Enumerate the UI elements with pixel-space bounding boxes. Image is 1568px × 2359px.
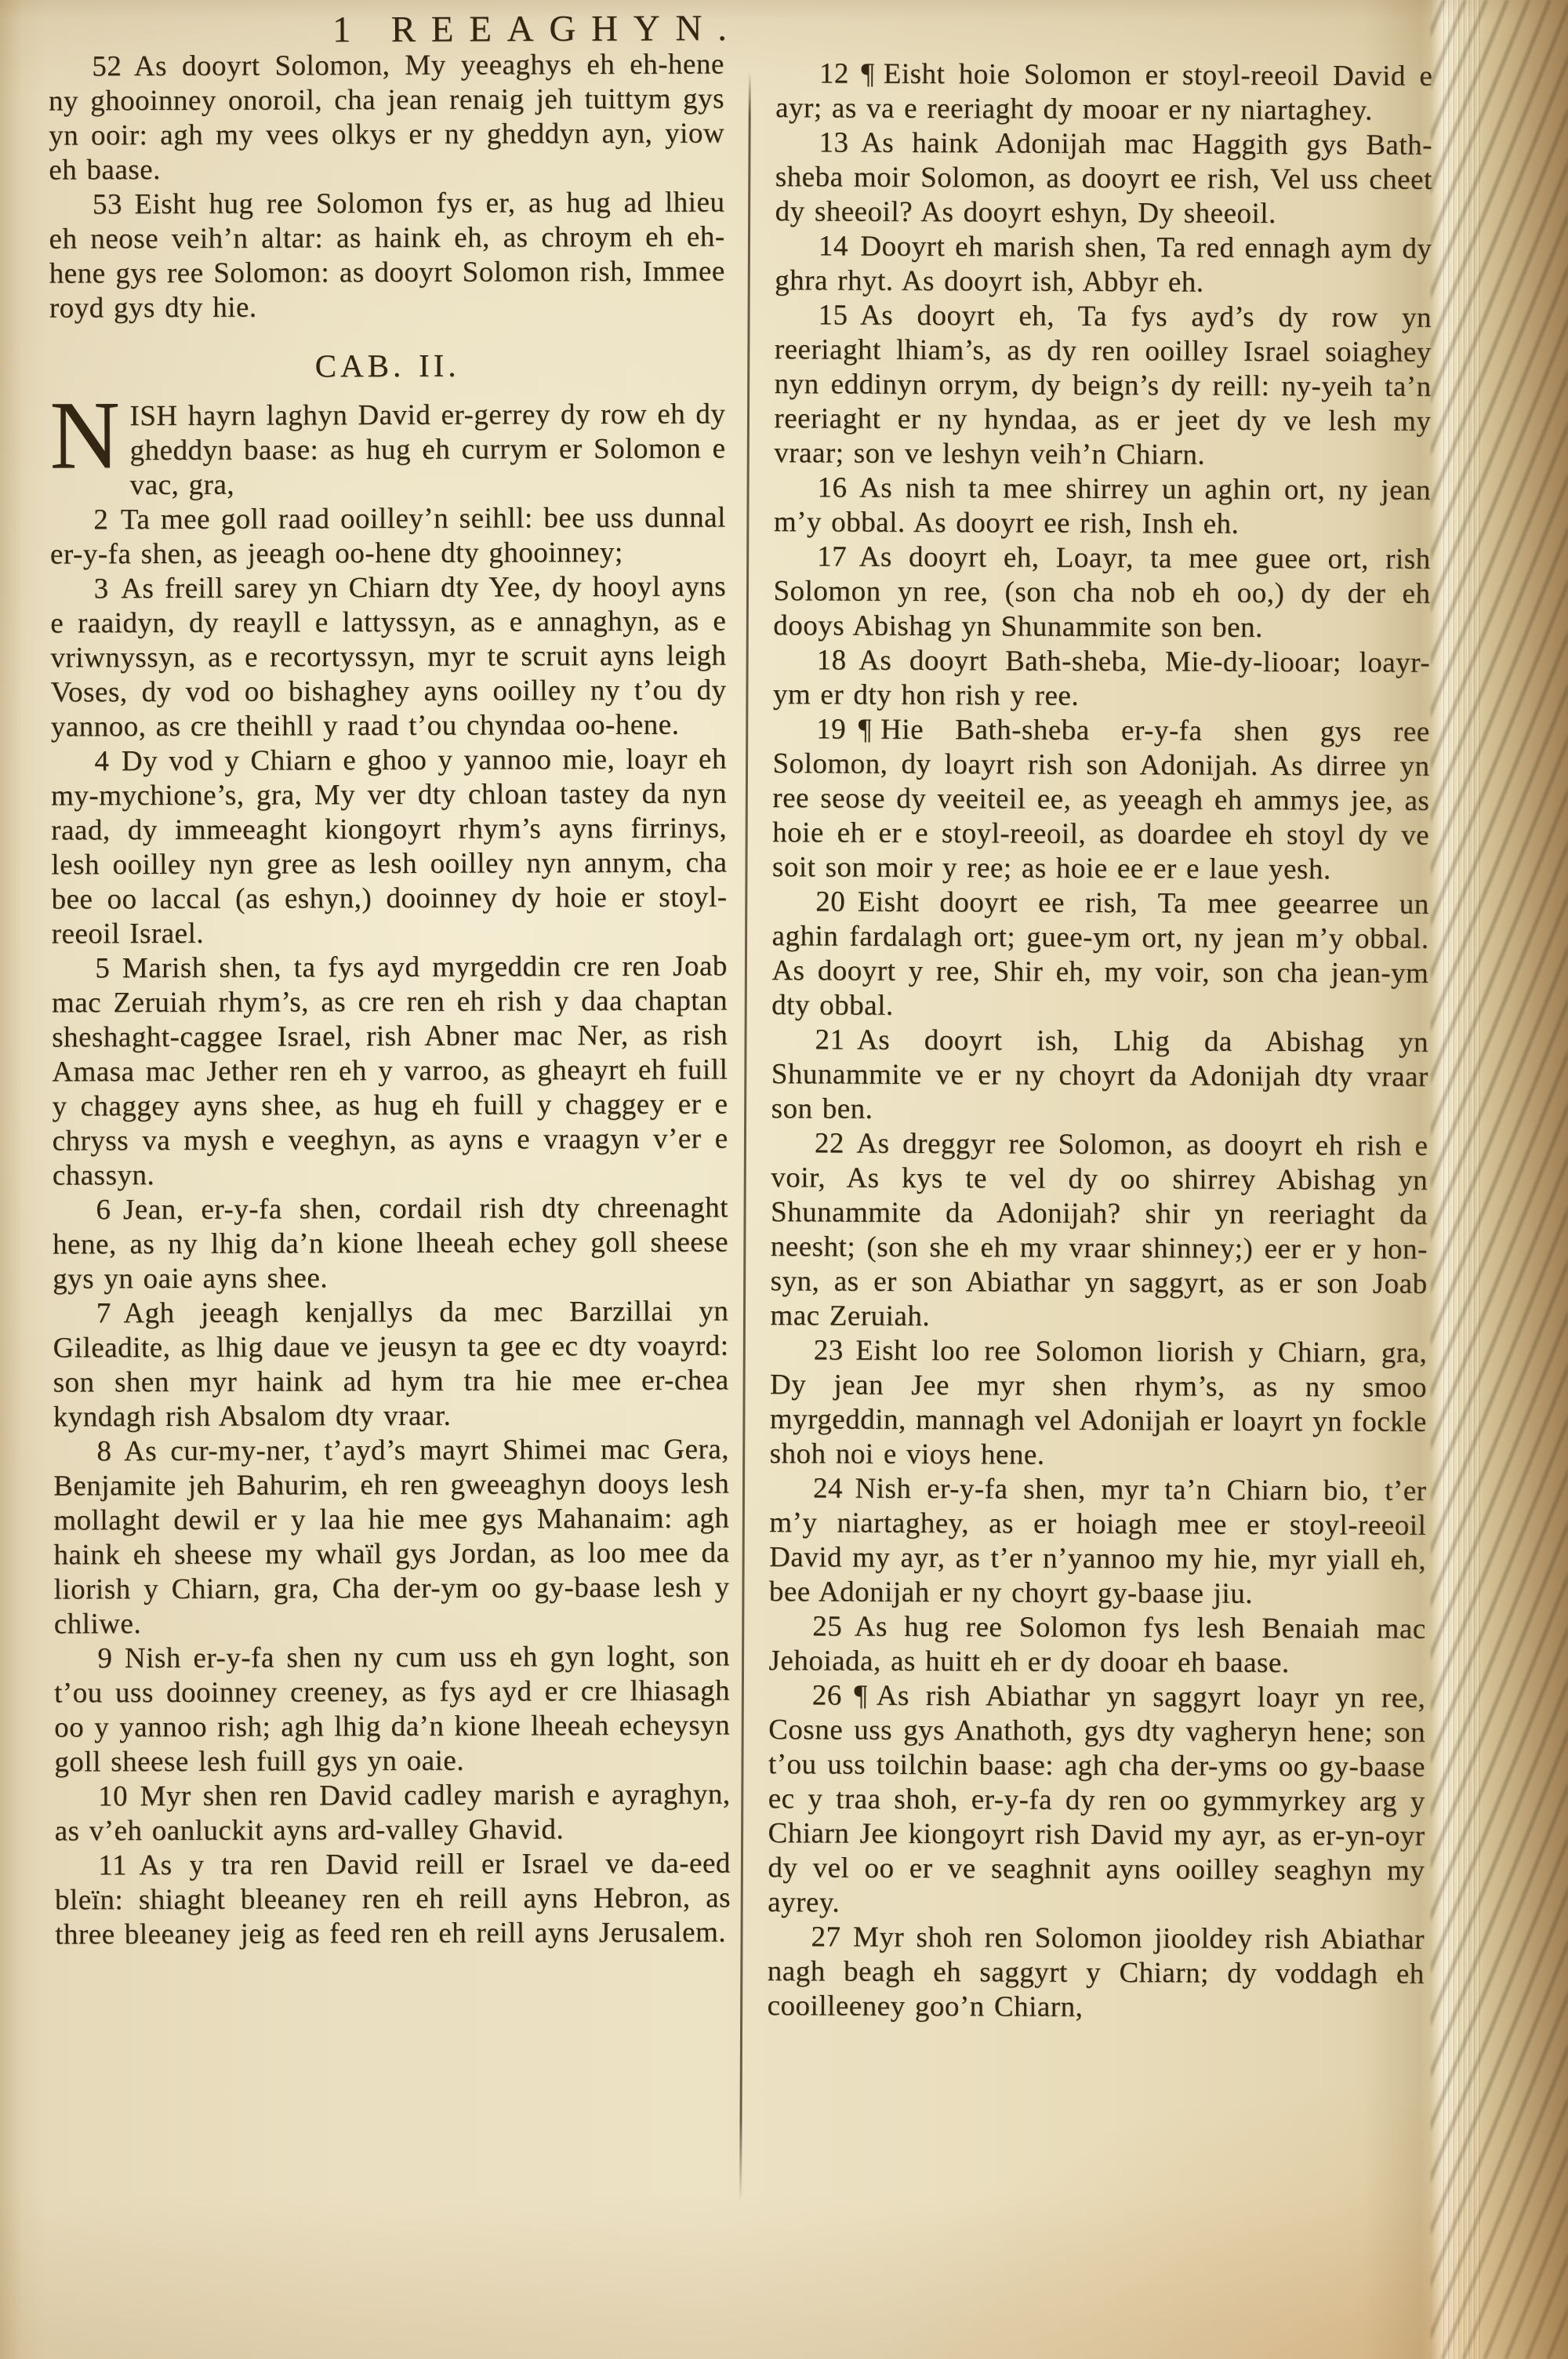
verse-number: 52 <box>92 50 122 82</box>
verse-text: Jean, er-y-fa shen, cordail rish dty chr… <box>53 1191 728 1295</box>
verse-text: Nish er-y-fa shen ny cum uss eh gyn logh… <box>54 1640 730 1778</box>
verse: 4Dy vod y Chiarn e ghoo y yannoo mie, lo… <box>51 742 728 951</box>
verse: 25As hug ree Solomon fys lesh Benaiah ma… <box>768 1609 1425 1681</box>
running-head: 1 REEAGHYN. <box>332 7 742 51</box>
verse: 23Eisht loo ree Solomon liorish y Chiarn… <box>770 1333 1428 1474</box>
verse-number: 13 <box>818 126 848 158</box>
verse-number: 19 <box>816 713 846 745</box>
verse-text: Agh jeeagh kenjallys da mec Barzillai yn… <box>53 1295 728 1433</box>
verse-text: As cur-my-ner, t’ayd’s mayrt Shimei mac … <box>53 1433 730 1640</box>
verse-text: As rish Abiathar yn saggyrt loayr yn ree… <box>768 1680 1425 1919</box>
verse: 9Nish er-y-fa shen ny cum uss eh gyn log… <box>54 1639 731 1779</box>
chapter1-end-verses: 52As dooyrt Solomon, My yeeaghys eh eh-h… <box>49 48 725 326</box>
verse-text: As dooyrt Bath-sheba, Mie-dy-liooar; loa… <box>773 645 1430 712</box>
verse: 5Marish shen, ta fys ayd myrgeddin cre r… <box>52 949 728 1193</box>
verse-1: NISH hayrn laghyn David er-gerrey dy row… <box>49 398 725 503</box>
verse-text: As dooyrt eh, Loayr, ta mee guee ort, ri… <box>773 541 1431 644</box>
verse-number: 16 <box>817 471 847 503</box>
verse-text: As freill sarey yn Chiarn dty Yee, dy ho… <box>50 570 726 743</box>
verse-number: 26 <box>812 1679 842 1711</box>
verse: 52As dooyrt Solomon, My yeeaghys eh eh-h… <box>49 48 725 188</box>
verse: 6Jean, er-y-fa shen, cordail rish dty ch… <box>53 1190 728 1296</box>
chapter-heading: CAB. II. <box>49 347 725 384</box>
verse: 8As cur-my-ner, t’ayd’s mayrt Shimei mac… <box>53 1432 730 1641</box>
verse-number: 6 <box>96 1194 111 1226</box>
verse-number: 21 <box>815 1023 844 1056</box>
verse-text: Eisht loo ree Solomon liorish y Chiarn, … <box>770 1335 1428 1471</box>
verse-text: As dreggyr ree Solomon, as dooyrt eh ris… <box>770 1128 1428 1332</box>
verse-text: As dooyrt eh, Ta fys ayd’s dy row yn ree… <box>774 300 1432 471</box>
verse: 2Ta mee goll raad ooilley’n seihll: bee … <box>50 500 726 572</box>
pilcrow-mark: ¶ <box>861 58 874 90</box>
left-column: 52As dooyrt Solomon, My yeeaghys eh eh-h… <box>49 48 731 1953</box>
verse-number: 22 <box>815 1127 844 1159</box>
chapter2-left-verses: 2Ta mee goll raad ooilley’n seihll: bee … <box>50 500 731 1952</box>
verse-number: 23 <box>814 1334 844 1366</box>
verse: 16As nish ta mee shirrey un aghin ort, n… <box>774 471 1431 543</box>
verse: 7Agh jeeagh kenjallys da mec Barzillai y… <box>53 1294 729 1434</box>
verse-number: 27 <box>811 1921 840 1953</box>
verse-number: 8 <box>96 1435 111 1467</box>
verse: 20Eisht dooyrt ee rish, Ta mee geearree … <box>771 885 1429 1026</box>
verse-number: 4 <box>94 745 109 777</box>
verse: 10Myr shen ren David cadley marish e ayr… <box>54 1777 730 1848</box>
chapter2-right-verses: 12¶Eisht hoie Solomon er stoyl-reeoil Da… <box>768 56 1433 2026</box>
verse: 15As dooyrt eh, Ta fys ayd’s dy row yn r… <box>774 298 1432 474</box>
verse: 18As dooyrt Bath-sheba, Mie-dy-liooar; l… <box>773 643 1430 715</box>
verse-text: As haink Adonijah mac Haggith gys Bath-s… <box>775 127 1433 230</box>
verse: 24Nish er-y-fa shen, myr ta’n Chiarn bio… <box>769 1471 1427 1612</box>
verse-number: 3 <box>94 572 109 605</box>
verse-number: 11 <box>98 1849 127 1881</box>
verse-text: hayrn laghyn David er-gerrey dy row eh d… <box>130 398 726 502</box>
verse-number: 7 <box>96 1297 111 1329</box>
verse-text: As hug ree Solomon fys lesh Benaiah mac … <box>768 1611 1425 1679</box>
pilcrow-mark: ¶ <box>854 1680 867 1712</box>
book-page-photo: { "colors": { "paper": "#ece2c4", "paper… <box>0 0 1568 2359</box>
verse: 11As y tra ren David reill er Israel ve … <box>55 1846 731 1952</box>
verse-text: Ta mee goll raad ooilley’n seihll: bee u… <box>50 501 726 570</box>
verse-text: Marish shen, ta fys ayd myrgeddin cre re… <box>52 950 728 1191</box>
fore-edge-text-impressions <box>1431 0 1568 2359</box>
verse-text: Dy vod y Chiarn e ghoo y yannoo mie, loa… <box>51 743 728 950</box>
verse-text: As y tra ren David reill er Israel ve da… <box>55 1847 731 1950</box>
verse-number: 14 <box>818 230 848 262</box>
verse: 27Myr shoh ren Solomon jiooldey rish Abi… <box>768 1920 1425 2026</box>
verse-number: 25 <box>812 1610 842 1642</box>
verse-number: 24 <box>813 1472 843 1504</box>
verse-text: Myr shen ren David cadley marish e ayrag… <box>55 1778 731 1847</box>
verse-text: Dooyrt eh marish shen, Ta red ennagh aym… <box>775 231 1432 299</box>
verse-number: 9 <box>97 1642 112 1674</box>
drop-cap-initial: N <box>49 402 120 469</box>
verse-opening-caps: ISH <box>129 400 177 432</box>
verse-number: 18 <box>817 644 847 676</box>
verse-text: Myr shoh ren Solomon jiooldey rish Abiat… <box>768 1921 1425 2023</box>
verse-number: 12 <box>819 57 849 89</box>
fore-edge-page-stack <box>1431 0 1568 2359</box>
pilcrow-mark: ¶ <box>858 714 872 746</box>
verse: 21As dooyrt ish, Lhig da Abishag yn Shun… <box>771 1023 1429 1129</box>
column-divider-rule <box>739 72 751 2202</box>
verse: 53Eisht hug ree Solomon fys er, as hug a… <box>49 186 725 326</box>
verse: 13As haink Adonijah mac Haggith gys Bath… <box>775 125 1433 232</box>
verse: 3As freill sarey yn Chiarn dty Yee, dy h… <box>50 569 727 744</box>
verse-number: 20 <box>815 885 845 918</box>
verse: 22As dreggyr ree Solomon, as dooyrt eh r… <box>770 1126 1428 1336</box>
verse: 12¶Eisht hoie Solomon er stoyl-reeoil Da… <box>775 56 1432 129</box>
verse-text: As nish ta mee shirrey un aghin ort, ny … <box>774 472 1431 540</box>
verse: 19¶Hie Bath-sheba er-y-fa shen gys ree S… <box>772 712 1430 888</box>
verse-number: 10 <box>98 1780 128 1812</box>
verse-text: As dooyrt Solomon, My yeeaghys eh eh-hen… <box>49 49 724 187</box>
right-column: 12¶Eisht hoie Solomon er stoyl-reeoil Da… <box>768 56 1433 2026</box>
verse: 17As dooyrt eh, Loayr, ta mee guee ort, … <box>773 540 1431 646</box>
verse: 14Dooyrt eh marish shen, Ta red ennagh a… <box>775 229 1432 301</box>
verse-number: 15 <box>818 299 848 331</box>
verse-text: Eisht hug ree Solomon fys er, as hug ad … <box>49 187 725 325</box>
verse-number: 53 <box>93 188 122 220</box>
verse-text: As dooyrt ish, Lhig da Abishag yn Shunam… <box>771 1024 1429 1125</box>
verse: 26¶As rish Abiathar yn saggyrt loayr yn … <box>768 1678 1425 1923</box>
verse-text: Eisht dooyrt ee rish, Ta mee geearree un… <box>771 886 1429 1022</box>
verse-text: Nish er-y-fa shen, myr ta’n Chiarn bio, … <box>769 1473 1427 1610</box>
verse-number: 2 <box>93 503 108 536</box>
verse-number: 5 <box>95 952 110 984</box>
verse-number: 17 <box>817 540 847 572</box>
